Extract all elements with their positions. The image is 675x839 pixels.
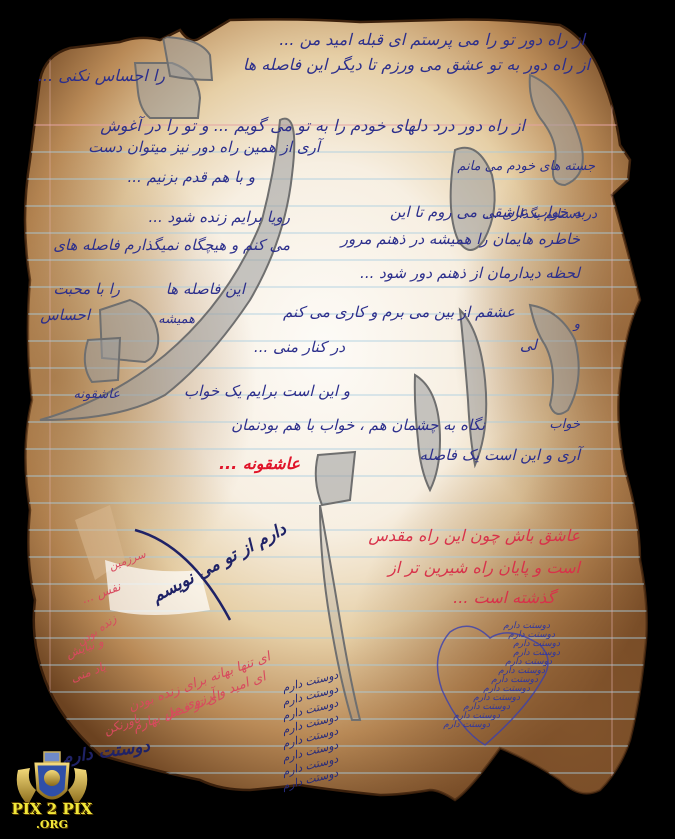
signature-underline	[120, 520, 240, 630]
watermark-subtext: .ORG	[8, 818, 96, 831]
repeated-phrase-block: دوستت دارم دوستت دارم دوستت دارم دوستت د…	[188, 668, 338, 788]
letter-line-26: آری و این است یک فاصله	[419, 448, 580, 463]
letter-line-20: لی	[520, 338, 537, 353]
letter-line-16: احساس	[40, 308, 90, 323]
red-paragraph-line-3: گذشته است ...	[453, 590, 555, 606]
letter-line-1: از راه دور تو را می پرستم ای قبله امید م…	[279, 32, 585, 48]
letter-line-6: جسته های خودم می مانم	[457, 160, 595, 173]
red-paragraph-line-1: عاشق باش چون این راه مقدس	[368, 528, 580, 544]
letter-line-21: در کنار منی ...	[254, 340, 345, 355]
letter-line-12: می کنم و هیچگاه نمیگذارم فاصله های	[53, 238, 290, 253]
letter-line-4: از راه دور درد دلهای خودم را به تو می گو…	[100, 118, 525, 134]
letter-line-9: به خواب عاشقی می روم تا این	[390, 205, 585, 220]
letter-line-11: خاطره هایمان را همیشه در ذهنم مرور	[341, 232, 580, 247]
letter-line-14: این فاصله ها	[166, 282, 245, 297]
letter-line-3: را احساس نکنی ...	[38, 68, 165, 84]
letter-line-15: را با محبت	[53, 282, 120, 297]
letter-line-8: و با هم قدم بزنیم ...	[128, 170, 256, 185]
letter-line-5: آری از همین راه دور نیز میتوان دست	[88, 140, 320, 155]
watermark-logo: PIX 2 PIX .ORG	[8, 750, 96, 836]
heart-text-block: دوستت دارم دوستت دارم دوستت دارم دوستت د…	[432, 622, 560, 747]
letter-line-13: لحظه دیدارمان از ذهنم دور شود ...	[360, 266, 580, 281]
letter-line-19: و	[574, 318, 580, 331]
letter-line-18: عشقم از بین می برم و کاری می کنم	[283, 305, 515, 320]
letter-line-2: از راه دور به تو عشق می ورزم تا دیگر این…	[243, 57, 590, 73]
heart-phrase: دوستت دارم	[432, 721, 560, 730]
photo-stage: از راه دور تو را می پرستم ای قبله امید م…	[0, 0, 675, 839]
letter-line-17: همیشه	[158, 313, 195, 326]
letter-line-24: خواب	[549, 418, 580, 431]
letter-line-22: عاشقونه	[74, 388, 121, 401]
letter-line-10: رویا برایم زنده شود ...	[148, 210, 290, 225]
red-signature: عاشقونه ...	[219, 456, 300, 472]
red-paragraph-line-2: است و پایان راه شیرین تر از	[388, 560, 580, 576]
letter-line-25: نگاه به چشمان هم ، خواب با هم بودنمان	[231, 418, 485, 433]
watermark-text: PIX 2 PIX	[8, 800, 96, 818]
letter-line-23: و این است برایم یک خواب	[184, 384, 350, 399]
